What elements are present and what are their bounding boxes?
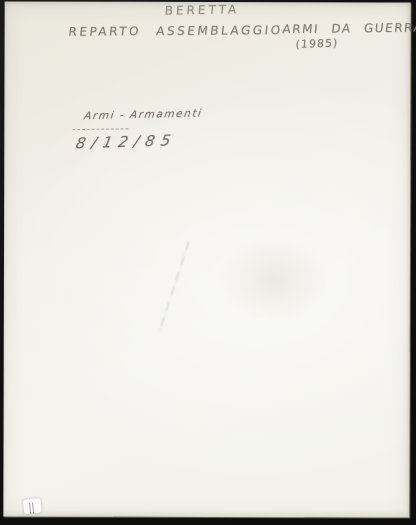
catalog-sticker bbox=[23, 498, 42, 515]
handwritten-caption-subject: ARMI DA GUERRA bbox=[282, 21, 416, 37]
photo-backdrop: BERETTA REPARTO ASSEMBLAGGIO ARMI DA GUE… bbox=[0, 0, 416, 525]
handwritten-date: 8/12/85 bbox=[74, 131, 178, 152]
dashed-underline bbox=[72, 128, 128, 130]
handwritten-caption-department: REPARTO ASSEMBLAGGIO bbox=[68, 23, 284, 39]
sticker-microtext bbox=[29, 502, 35, 513]
handwritten-year: (1985) bbox=[295, 37, 339, 51]
handwritten-note: Armi - Armamenti bbox=[83, 107, 203, 122]
ink-smudge-streak bbox=[158, 241, 189, 332]
paper-stain bbox=[219, 237, 329, 322]
photo-verso-paper: BERETTA REPARTO ASSEMBLAGGIO ARMI DA GUE… bbox=[3, 1, 410, 517]
handwritten-brand-text: BERETTA bbox=[164, 2, 240, 17]
